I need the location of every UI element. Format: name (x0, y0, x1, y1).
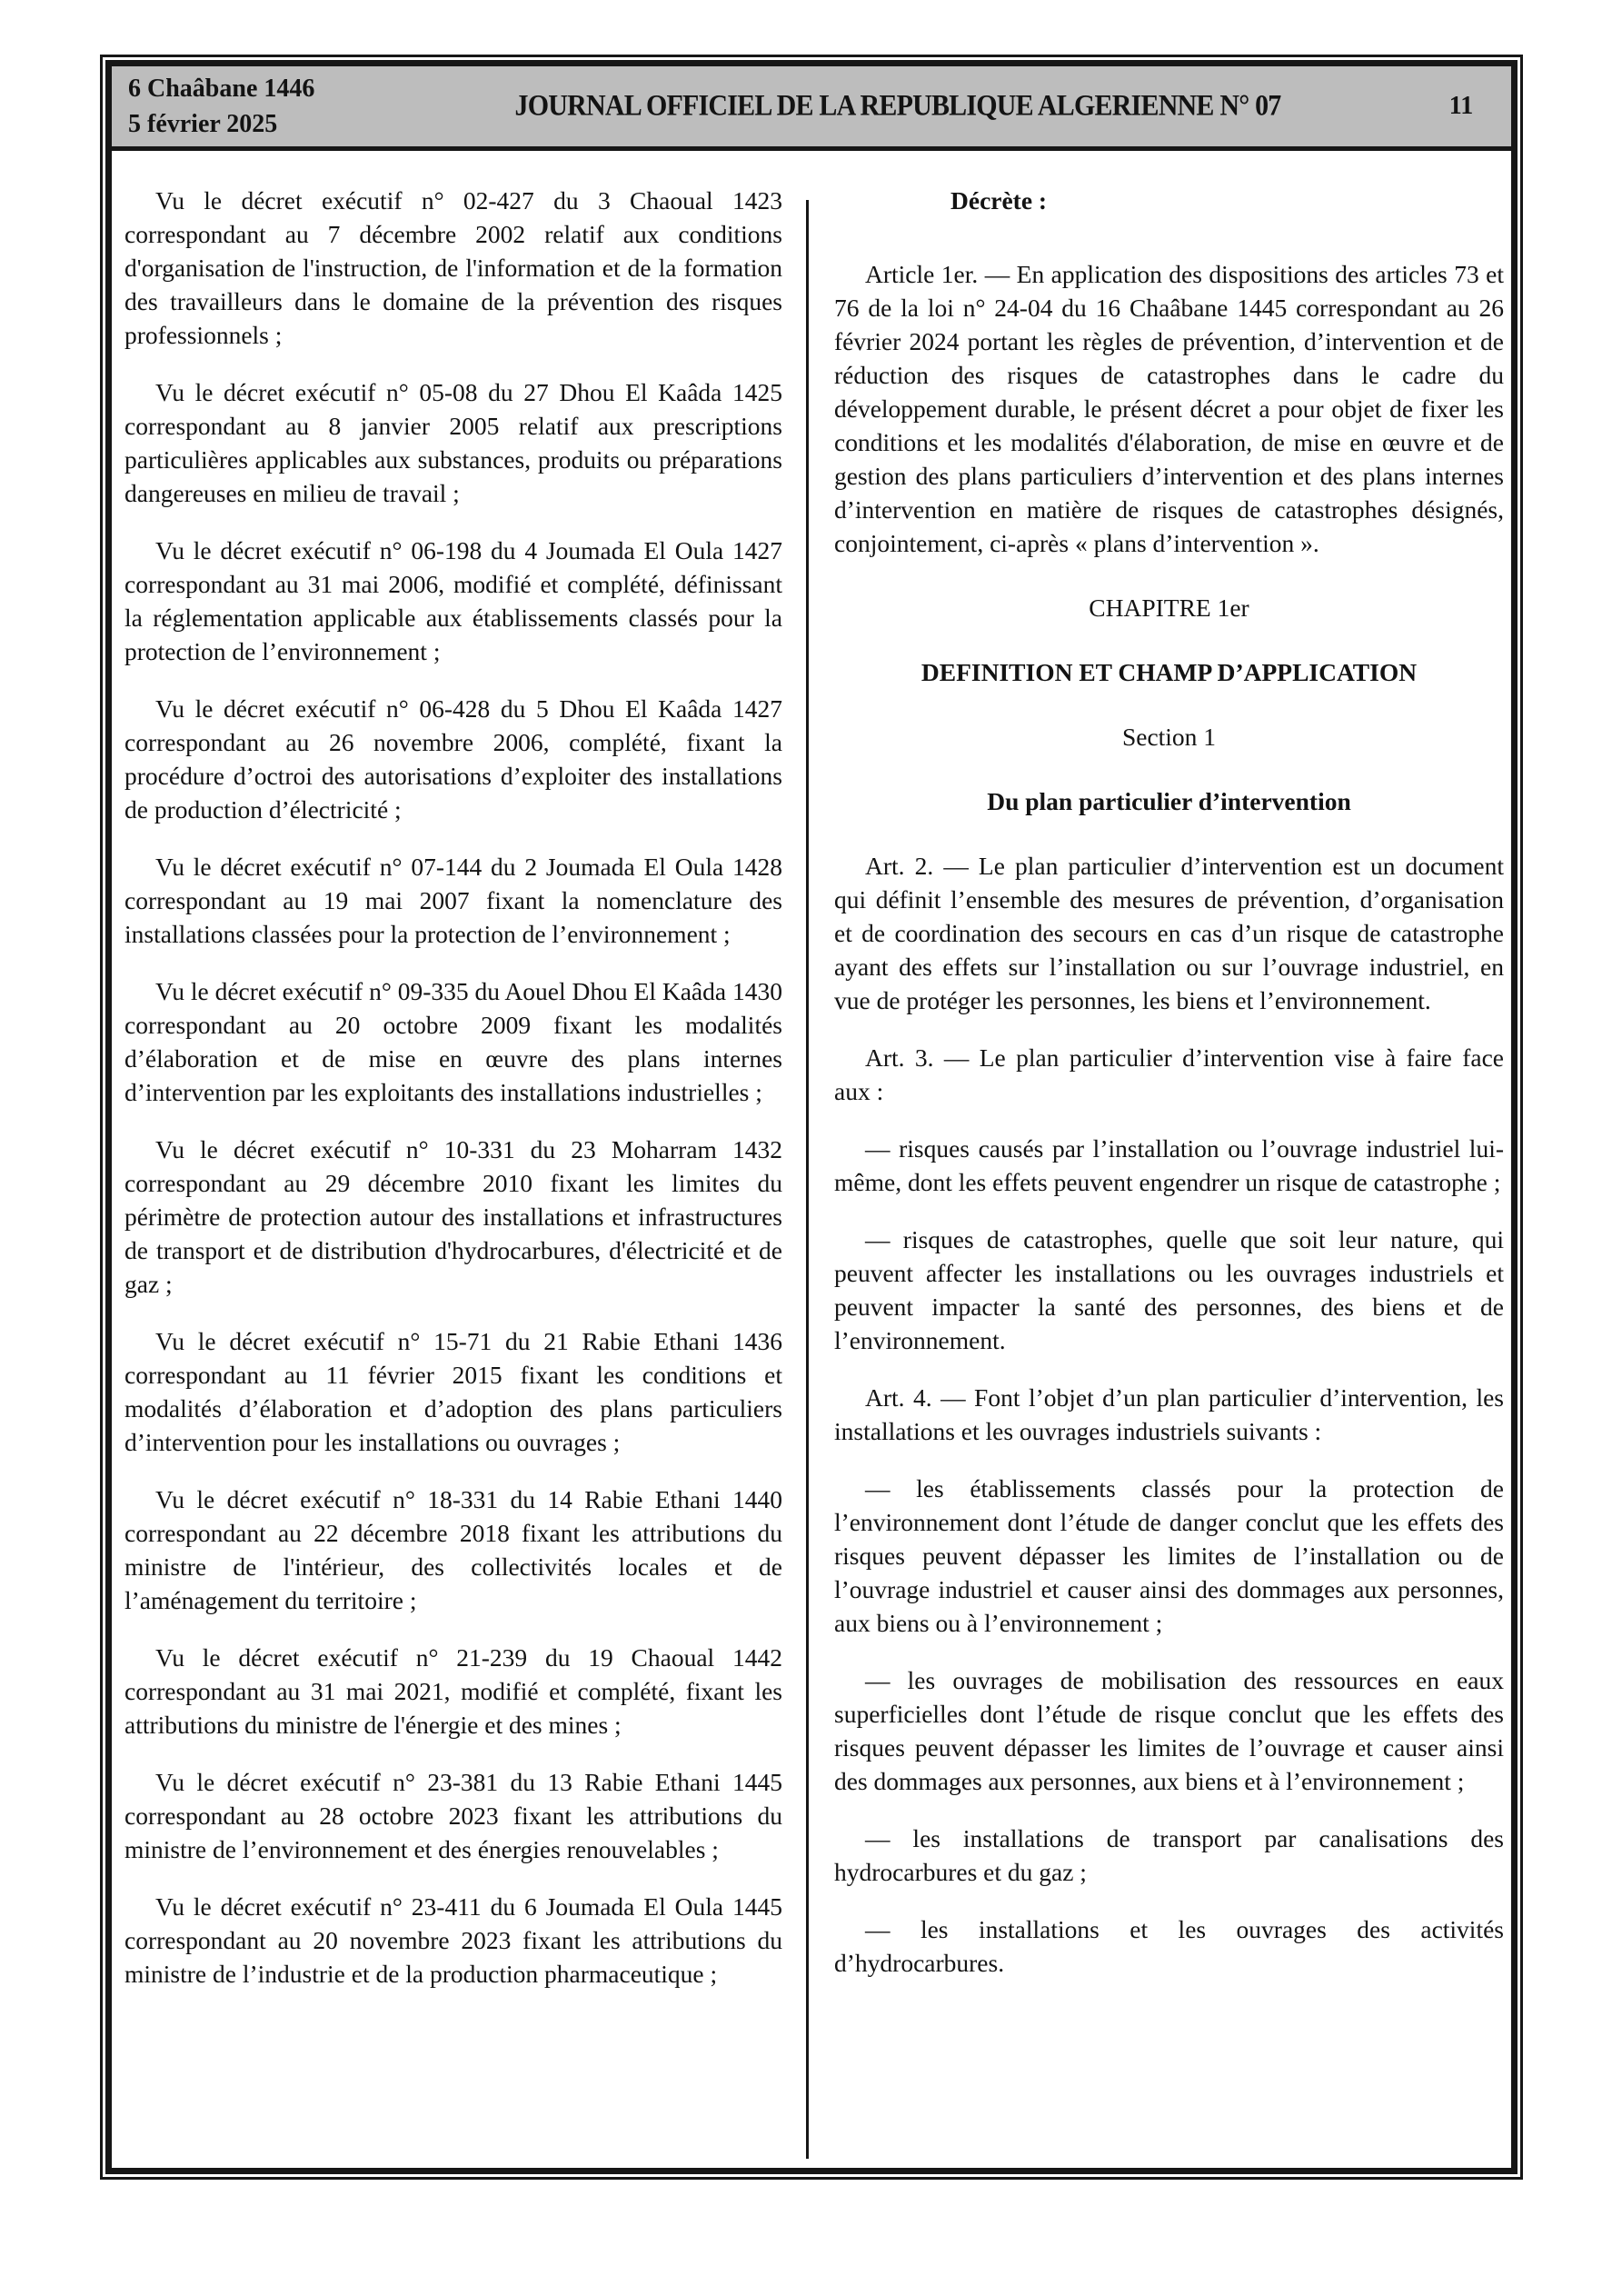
visa-paragraph: Vu le décret exécutif n° 10-331 du 23 Mo… (124, 1133, 782, 1301)
visa-paragraph: Vu le décret exécutif n° 02-427 du 3 Cha… (124, 184, 782, 352)
visa-paragraph: Vu le décret exécutif n° 06-198 du 4 Jou… (124, 534, 782, 668)
chapter-title: DEFINITION ET CHAMP D’APPLICATION (834, 655, 1504, 689)
article-2-paragraph: Art. 2. — Le plan particulier d’interven… (834, 849, 1504, 1017)
journal-page: 6 Chaâbane 1446 5 février 2025 JOURNAL O… (0, 0, 1622, 2296)
article-4-item: — les établissements classés pour la pro… (834, 1472, 1504, 1640)
masthead: 6 Chaâbane 1446 5 février 2025 JOURNAL O… (112, 66, 1511, 151)
article-1-paragraph: Article 1er. — En application des dispos… (834, 257, 1504, 560)
journal-title: JOURNAL OFFICIEL DE LA REPUBLIQUE ALGERI… (384, 90, 1411, 124)
article-3-intro: Art. 3. — Le plan particulier d’interven… (834, 1041, 1504, 1108)
article-4-item: — les ouvrages de mobilisation des resso… (834, 1663, 1504, 1798)
decree-label: Décrète : (834, 184, 1504, 217)
visa-paragraph: Vu le décret exécutif n° 05-08 du 27 Dho… (124, 375, 782, 510)
left-column: Vu le décret exécutif n° 02-427 du 3 Cha… (112, 151, 806, 2168)
article-4-item: — les installations de transport par can… (834, 1822, 1504, 1889)
visa-paragraph: Vu le décret exécutif n° 07-144 du 2 Jou… (124, 850, 782, 951)
section-kicker: Section 1 (834, 720, 1504, 754)
date-hijri: 6 Chaâbane 1446 (128, 71, 384, 106)
page-frame-inner: 6 Chaâbane 1446 5 février 2025 JOURNAL O… (105, 60, 1518, 2174)
chapter-kicker: CHAPITRE 1er (834, 591, 1504, 624)
visa-paragraph: Vu le décret exécutif n° 23-381 du 13 Ra… (124, 1765, 782, 1866)
article-4-item: — les installations et les ouvrages des … (834, 1912, 1504, 1980)
visa-paragraph: Vu le décret exécutif n° 15-71 du 21 Rab… (124, 1324, 782, 1459)
article-3-item: — risques causés par l’installation ou l… (834, 1132, 1504, 1199)
masthead-dates: 6 Chaâbane 1446 5 février 2025 (112, 71, 384, 142)
page-content: Vu le décret exécutif n° 02-427 du 3 Cha… (112, 151, 1511, 2168)
page-number: 11 (1411, 92, 1511, 121)
visa-paragraph: Vu le décret exécutif n° 09-335 du Aouel… (124, 974, 782, 1109)
date-gregorian: 5 février 2025 (128, 106, 384, 142)
visa-paragraph: Vu le décret exécutif n° 23-411 du 6 Jou… (124, 1890, 782, 1991)
section-title: Du plan particulier d’intervention (834, 784, 1504, 818)
visa-paragraph: Vu le décret exécutif n° 21-239 du 19 Ch… (124, 1641, 782, 1742)
article-3-item: — risques de catastrophes, quelle que so… (834, 1223, 1504, 1357)
visa-paragraph: Vu le décret exécutif n° 06-428 du 5 Dho… (124, 692, 782, 826)
visa-paragraph: Vu le décret exécutif n° 18-331 du 14 Ra… (124, 1482, 782, 1617)
article-4-intro: Art. 4. — Font l’objet d’un plan particu… (834, 1381, 1504, 1448)
page-frame: 6 Chaâbane 1446 5 février 2025 JOURNAL O… (100, 55, 1523, 2180)
right-column: Décrète : Article 1er. — En application … (809, 151, 1511, 2168)
